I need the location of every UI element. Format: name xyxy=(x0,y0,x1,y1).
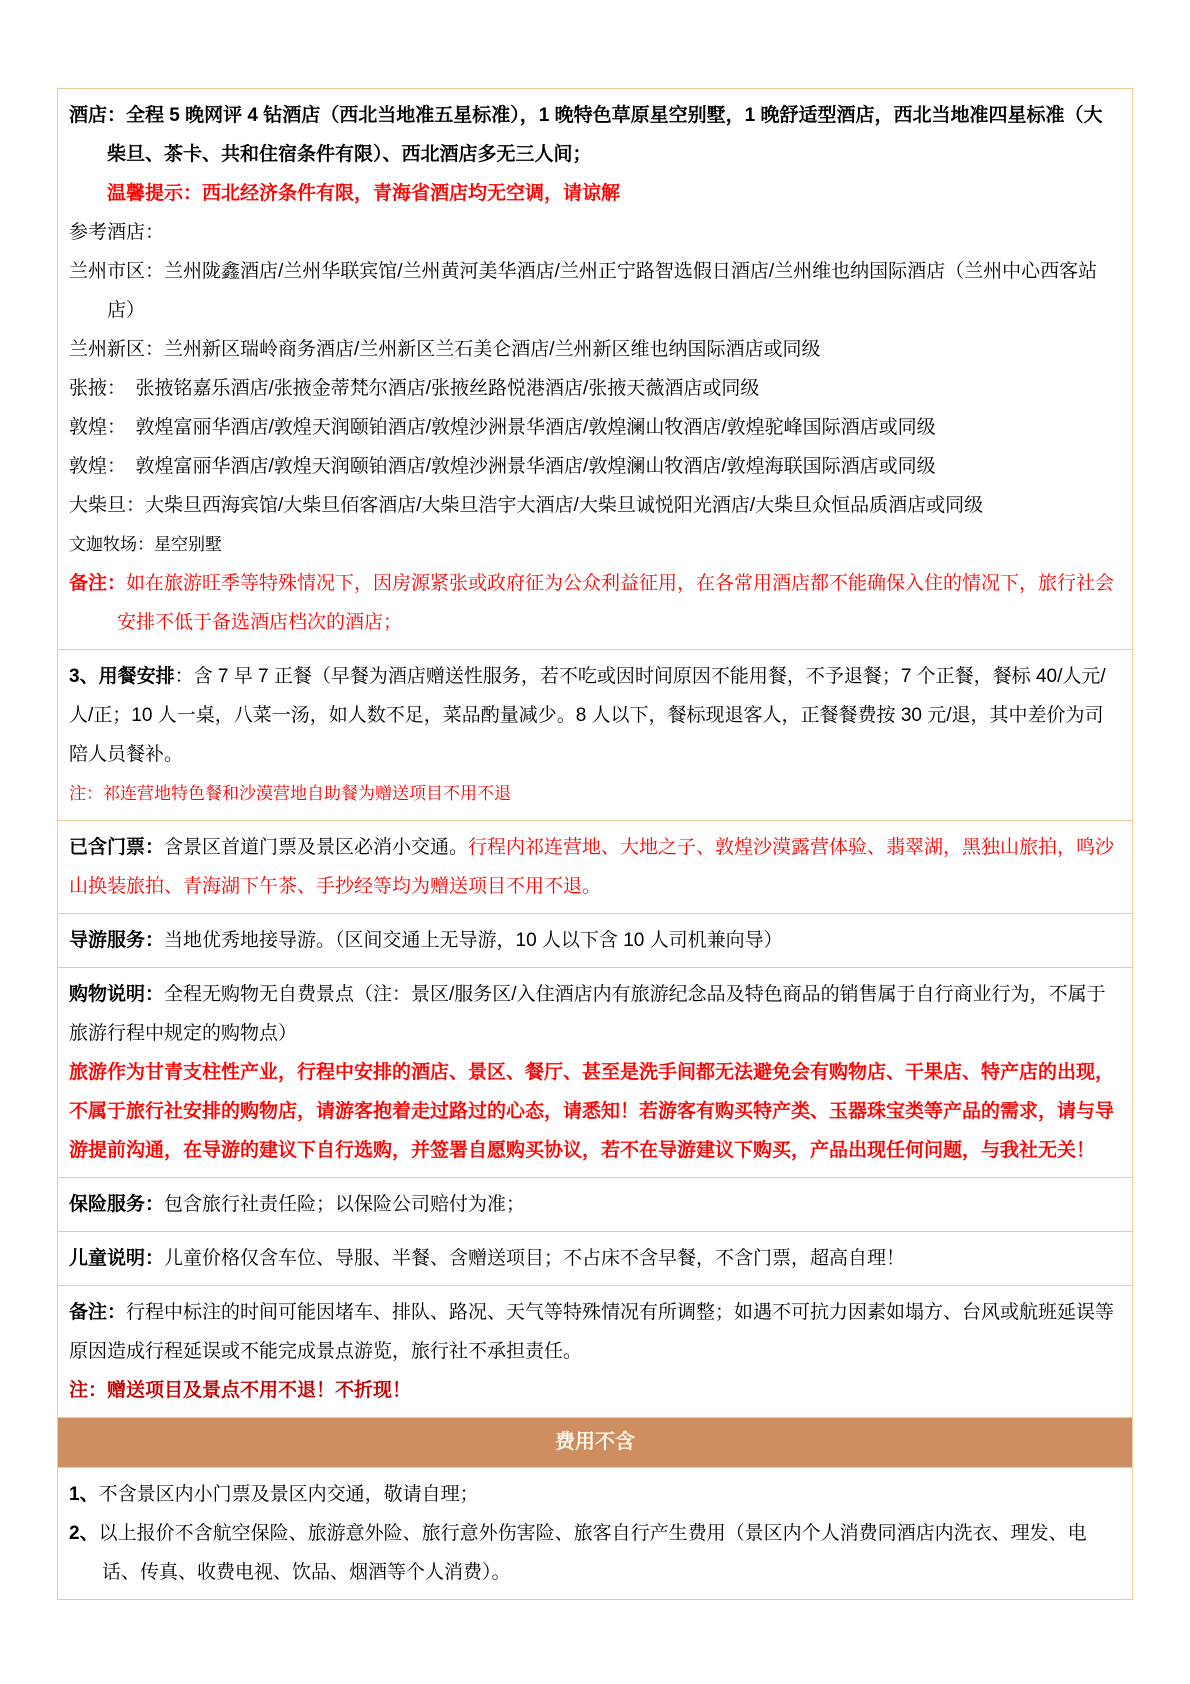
row-guide-service: 导游服务：当地优秀地接导游。（区间交通上无导游，10 人以下含 10 人司机兼向… xyxy=(58,913,1132,967)
page: 酒店：全程 5 晚网评 4 钻酒店（西北当地准五星标准），1 晚特色草原星空别墅… xyxy=(0,0,1190,1684)
text-segment: 已含门票： xyxy=(69,837,164,858)
text-segment: 注：祁连营地特色餐和沙漠营地自助餐为赠送项目不用不退 xyxy=(69,784,511,803)
row-insurance: 保险服务：包含旅行社责任险；以保险公司赔付为准； xyxy=(58,1177,1132,1231)
text-segment: 购物说明： xyxy=(69,984,164,1005)
text-segment: 敦煌： 敦煌富丽华酒店/敦煌天润颐铂酒店/敦煌沙洲景华酒店/敦煌澜山牧酒店/敦煌… xyxy=(69,417,936,438)
text-segment: 保险服务： xyxy=(69,1194,164,1215)
text-segment: 含景区首道门票及景区必消小交通。 xyxy=(164,837,468,858)
row-hotel-policy: 酒店：全程 5 晚网评 4 钻酒店（西北当地准五星标准），1 晚特色草原星空别墅… xyxy=(58,89,1132,649)
row-fees-excluded-items: 1、不含景区内小门票及景区内交通，敬请自理；2、以上报价不含航空保险、旅游意外险… xyxy=(58,1467,1132,1599)
paragraph: 文迦牧场：星空别墅 xyxy=(69,525,1120,564)
text-segment: 大柴旦：大柴旦西海宾馆/大柴旦佰客酒店/大柴旦浩宇大酒店/大柴旦诚悦阳光酒店/大… xyxy=(69,495,983,516)
text-segment: 儿童说明： xyxy=(69,1248,164,1269)
paragraph: 儿童说明：儿童价格仅含车位、导服、半餐、含赠送项目；不占床不含早餐，不含门票，超… xyxy=(69,1239,1120,1278)
paragraph: 张掖： 张掖铭嘉乐酒店/张掖金蒂梵尔酒店/张掖丝路悦港酒店/张掖天薇酒店或同级 xyxy=(69,369,1120,408)
text-segment: 兰州市区：兰州陇鑫酒店/兰州华联宾馆/兰州黄河美华酒店/兰州正宁路智选假日酒店/… xyxy=(69,261,1097,321)
text-segment: 1、 xyxy=(69,1484,99,1505)
text-segment: 参考酒店： xyxy=(69,222,164,243)
text-segment: 敦煌： 敦煌富丽华酒店/敦煌天润颐铂酒店/敦煌沙洲景华酒店/敦煌澜山牧酒店/敦煌… xyxy=(69,456,936,477)
paragraph: 敦煌： 敦煌富丽华酒店/敦煌天润颐铂酒店/敦煌沙洲景华酒店/敦煌澜山牧酒店/敦煌… xyxy=(69,447,1120,486)
paragraph: 大柴旦：大柴旦西海宾馆/大柴旦佰客酒店/大柴旦浩宇大酒店/大柴旦诚悦阳光酒店/大… xyxy=(69,486,1120,525)
paragraph: 导游服务：当地优秀地接导游。（区间交通上无导游，10 人以下含 10 人司机兼向… xyxy=(69,921,1120,960)
text-segment: 如在旅游旺季等特殊情况下，因房源紧张或政府征为公众利益征用，在各常用酒店都不能确… xyxy=(117,573,1114,633)
text-segment: 儿童价格仅含车位、导服、半餐、含赠送项目；不占床不含早餐，不含门票，超高自理！ xyxy=(164,1248,905,1269)
paragraph: 温馨提示：西北经济条件有限，青海省酒店均无空调，请谅解 xyxy=(69,174,1120,213)
text-segment: 文迦牧场：星空别墅 xyxy=(69,535,222,554)
paragraph: 备注：行程中标注的时间可能因堵车、排队、路况、天气等特殊情况有所调整；如遇不可抗… xyxy=(69,1293,1120,1371)
paragraph: 保险服务：包含旅行社责任险；以保险公司赔付为准； xyxy=(69,1185,1120,1224)
row-meals: 3、用餐安排：含 7 早 7 正餐（早餐为酒店赠送性服务，若不吃或因时间原因不能… xyxy=(58,649,1132,820)
text-segment: 包含旅行社责任险；以保险公司赔付为准； xyxy=(164,1194,525,1215)
paragraph: 已含门票：含景区首道门票及景区必消小交通。行程内祁连营地、大地之子、敦煌沙漠露营… xyxy=(69,828,1120,906)
text-segment: 备注： xyxy=(69,1302,126,1323)
itinerary-table: 酒店：全程 5 晚网评 4 钻酒店（西北当地准五星标准），1 晚特色草原星空别墅… xyxy=(57,88,1133,1600)
paragraph: 1、不含景区内小门票及景区内交通，敬请自理； xyxy=(69,1475,1120,1514)
text-segment: 备注： xyxy=(69,573,126,594)
text-segment: ：含 7 早 7 正餐（早餐为酒店赠送性服务，若不吃或因时间原因不能用餐，不予退… xyxy=(69,666,1106,765)
text-segment: 2、 xyxy=(69,1523,99,1544)
row-shopping-policy: 购物说明：全程无购物无自费景点（注：景区/服务区/入住酒店内有旅游纪念品及特色商… xyxy=(58,967,1132,1177)
text-segment: 3、用餐安排 xyxy=(69,666,175,687)
text-segment: 以上报价不含航空保险、旅游意外险、旅行意外伤害险、旅客自行产生费用（景区内个人消… xyxy=(99,1523,1087,1583)
row-remarks: 备注：行程中标注的时间可能因堵车、排队、路况、天气等特殊情况有所调整；如遇不可抗… xyxy=(58,1285,1132,1417)
paragraph: 兰州新区：兰州新区瑞岭商务酒店/兰州新区兰石美仑酒店/兰州新区维也纳国际酒店或同… xyxy=(69,330,1120,369)
paragraph: 酒店：全程 5 晚网评 4 钻酒店（西北当地准五星标准），1 晚特色草原星空别墅… xyxy=(69,96,1120,174)
text-segment: 兰州新区：兰州新区瑞岭商务酒店/兰州新区兰石美仑酒店/兰州新区维也纳国际酒店或同… xyxy=(69,339,821,360)
paragraph: 3、用餐安排：含 7 早 7 正餐（早餐为酒店赠送性服务，若不吃或因时间原因不能… xyxy=(69,657,1120,774)
text-segment: 注：赠送项目及景点不用不退！不折现！ xyxy=(69,1380,411,1401)
paragraph: 注：赠送项目及景点不用不退！不折现！ xyxy=(69,1371,1120,1410)
row-children-policy: 儿童说明：儿童价格仅含车位、导服、半餐、含赠送项目；不占床不含早餐，不含门票，超… xyxy=(58,1231,1132,1285)
text-segment: 酒店：全程 5 晚网评 4 钻酒店（西北当地准五星标准），1 晚特色草原星空别墅… xyxy=(69,105,1102,165)
paragraph: 兰州市区：兰州陇鑫酒店/兰州华联宾馆/兰州黄河美华酒店/兰州正宁路智选假日酒店/… xyxy=(69,252,1120,330)
paragraph: 敦煌： 敦煌富丽华酒店/敦煌天润颐铂酒店/敦煌沙洲景华酒店/敦煌澜山牧酒店/敦煌… xyxy=(69,408,1120,447)
paragraph: 参考酒店： xyxy=(69,213,1120,252)
text-segment: 不含景区内小门票及景区内交通，敬请自理； xyxy=(99,1484,479,1505)
section-header-label: 费用不含 xyxy=(555,1423,635,1462)
text-segment: 温馨提示：西北经济条件有限，青海省酒店均无空调，请谅解 xyxy=(107,183,620,204)
text-segment: 当地优秀地接导游。（区间交通上无导游，10 人以下含 10 人司机兼向导） xyxy=(164,930,783,951)
text-segment: 行程中标注的时间可能因堵车、排队、路况、天气等特殊情况有所调整；如遇不可抗力因素… xyxy=(69,1302,1114,1362)
paragraph: 购物说明：全程无购物无自费景点（注：景区/服务区/入住酒店内有旅游纪念品及特色商… xyxy=(69,975,1120,1053)
paragraph: 注：祁连营地特色餐和沙漠营地自助餐为赠送项目不用不退 xyxy=(69,774,1120,813)
paragraph: 旅游作为甘青支柱性产业，行程中安排的酒店、景区、餐厅、甚至是洗手间都无法避免会有… xyxy=(69,1053,1120,1170)
text-segment: 导游服务： xyxy=(69,930,164,951)
text-segment: 旅游作为甘青支柱性产业，行程中安排的酒店、景区、餐厅、甚至是洗手间都无法避免会有… xyxy=(69,1062,1114,1161)
paragraph: 2、以上报价不含航空保险、旅游意外险、旅行意外伤害险、旅客自行产生费用（景区内个… xyxy=(69,1514,1120,1592)
paragraph: 备注：如在旅游旺季等特殊情况下，因房源紧张或政府征为公众利益征用，在各常用酒店都… xyxy=(69,564,1120,642)
section-header-fees-excluded-header: 费用不含 xyxy=(58,1417,1132,1467)
text-segment: 张掖： 张掖铭嘉乐酒店/张掖金蒂梵尔酒店/张掖丝路悦港酒店/张掖天薇酒店或同级 xyxy=(69,378,759,399)
text-segment: 全程无购物无自费景点（注：景区/服务区/入住酒店内有旅游纪念品及特色商品的销售属… xyxy=(69,984,1106,1044)
row-tickets-included: 已含门票：含景区首道门票及景区必消小交通。行程内祁连营地、大地之子、敦煌沙漠露营… xyxy=(58,820,1132,913)
